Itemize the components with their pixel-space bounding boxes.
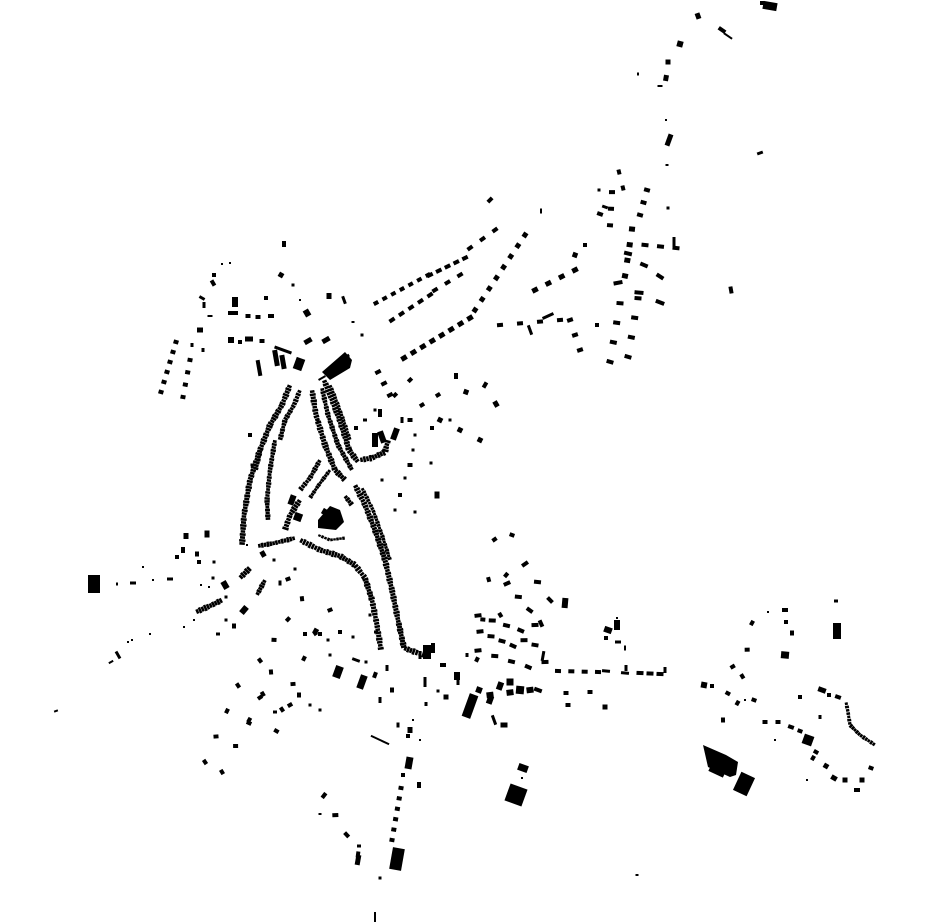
building-footprint bbox=[412, 449, 415, 452]
building-footprint-map bbox=[0, 0, 930, 924]
building-footprint bbox=[568, 669, 574, 673]
building-footprint bbox=[701, 682, 708, 689]
building-footprint bbox=[374, 912, 376, 922]
building-footprint bbox=[843, 778, 848, 783]
building-footprint bbox=[414, 434, 417, 437]
building-footprint bbox=[279, 581, 282, 586]
building-footprint bbox=[167, 578, 173, 581]
building-footprint bbox=[625, 665, 628, 671]
building-footprint bbox=[555, 669, 561, 673]
building-footprint bbox=[265, 514, 270, 517]
building-footprint bbox=[228, 311, 238, 315]
building-footprint bbox=[784, 620, 788, 624]
building-footprint bbox=[303, 632, 307, 636]
building-footprint bbox=[379, 877, 382, 880]
building-footprint bbox=[526, 687, 534, 694]
building-footprint bbox=[487, 634, 494, 639]
building-footprint bbox=[233, 744, 238, 748]
building-footprint bbox=[212, 273, 216, 277]
building-footprint bbox=[241, 530, 246, 533]
building-footprint bbox=[454, 373, 458, 379]
building-footprint bbox=[239, 539, 246, 542]
building-footprint bbox=[401, 773, 405, 777]
building-footprint bbox=[412, 719, 414, 721]
building-footprint bbox=[480, 617, 485, 621]
building-footprint bbox=[391, 827, 397, 832]
building-footprint bbox=[666, 60, 671, 65]
building-footprint bbox=[381, 479, 384, 482]
building-footprint bbox=[566, 703, 571, 707]
building-footprint bbox=[378, 409, 382, 417]
building-footprint bbox=[389, 838, 395, 843]
building-footprint bbox=[588, 690, 593, 694]
building-footprint bbox=[641, 243, 648, 248]
building-footprint bbox=[782, 608, 788, 612]
building-footprint bbox=[212, 577, 215, 580]
building-footprint bbox=[521, 777, 523, 779]
building-footprint bbox=[309, 704, 312, 707]
building-footprint bbox=[266, 482, 272, 485]
building-footprint bbox=[327, 293, 332, 299]
building-footprint bbox=[408, 463, 413, 467]
building-footprint bbox=[397, 723, 400, 728]
building-footprint bbox=[266, 488, 270, 491]
building-footprint bbox=[354, 426, 358, 430]
building-footprint bbox=[663, 75, 669, 82]
building-footprint bbox=[183, 626, 185, 628]
building-footprint bbox=[265, 509, 270, 512]
building-footprint bbox=[583, 243, 587, 247]
building-footprint bbox=[319, 813, 322, 815]
building-footprint bbox=[195, 552, 199, 557]
building-footprint bbox=[854, 788, 860, 792]
building-footprint bbox=[374, 631, 378, 634]
building-footprint bbox=[292, 284, 295, 287]
building-footprint bbox=[239, 542, 245, 545]
building-footprint bbox=[476, 629, 483, 634]
building-footprint bbox=[847, 715, 850, 718]
building-footprint bbox=[664, 667, 667, 673]
building-footprint bbox=[127, 641, 129, 643]
map-canvas bbox=[0, 0, 930, 924]
building-footprint bbox=[352, 636, 355, 639]
building-footprint bbox=[430, 462, 433, 465]
building-footprint bbox=[242, 515, 247, 518]
building-footprint bbox=[658, 85, 663, 87]
building-footprint bbox=[424, 677, 427, 687]
building-footprint bbox=[534, 580, 541, 585]
building-footprint bbox=[131, 639, 133, 641]
building-footprint bbox=[266, 485, 271, 488]
building-footprint bbox=[246, 314, 251, 318]
building-footprint bbox=[616, 301, 623, 306]
building-footprint bbox=[603, 705, 608, 710]
building-footprint bbox=[379, 697, 382, 703]
building-footprint bbox=[557, 318, 563, 322]
building-footprint bbox=[776, 720, 781, 724]
building-footprint bbox=[437, 690, 440, 693]
building-footprint bbox=[393, 817, 399, 822]
building-footprint bbox=[404, 477, 407, 480]
building-footprint bbox=[264, 500, 269, 503]
building-footprint bbox=[834, 600, 838, 603]
building-footprint bbox=[390, 688, 394, 693]
building-footprint bbox=[491, 654, 498, 658]
building-footprint bbox=[260, 339, 265, 343]
building-footprint bbox=[365, 661, 368, 664]
building-footprint bbox=[414, 511, 417, 514]
building-footprint bbox=[626, 242, 633, 248]
building-footprint bbox=[564, 691, 569, 695]
building-footprint bbox=[489, 618, 496, 622]
building-footprint bbox=[352, 321, 355, 323]
building-footprint bbox=[317, 419, 320, 422]
building-footprint bbox=[175, 555, 179, 559]
building-footprint bbox=[657, 244, 664, 249]
building-footprint bbox=[297, 693, 301, 698]
building-footprint bbox=[819, 715, 822, 719]
building-footprint bbox=[531, 623, 538, 627]
building-footprint bbox=[203, 302, 206, 308]
building-footprint bbox=[238, 340, 242, 344]
building-footprint bbox=[474, 613, 481, 618]
building-footprint bbox=[208, 315, 213, 317]
building-footprint bbox=[604, 636, 608, 640]
building-footprint bbox=[646, 671, 653, 675]
building-footprint bbox=[833, 623, 841, 639]
building-footprint bbox=[430, 426, 434, 430]
building-footprint bbox=[289, 704, 292, 707]
building-footprint bbox=[336, 537, 339, 540]
building-footprint bbox=[401, 417, 404, 423]
building-footprint bbox=[216, 633, 220, 636]
building-footprint bbox=[268, 314, 274, 318]
building-footprint bbox=[507, 679, 514, 686]
building-footprint bbox=[271, 638, 276, 642]
building-footprint bbox=[251, 464, 254, 467]
building-footprint bbox=[197, 328, 203, 333]
building-footprint bbox=[205, 531, 210, 538]
building-footprint bbox=[152, 579, 154, 581]
building-footprint bbox=[517, 321, 523, 325]
building-footprint bbox=[240, 533, 246, 536]
building-footprint bbox=[386, 665, 389, 671]
building-footprint bbox=[425, 702, 428, 706]
building-footprint bbox=[417, 782, 421, 788]
building-footprint bbox=[806, 779, 808, 781]
building-footprint bbox=[710, 684, 714, 688]
building-footprint bbox=[629, 226, 635, 232]
building-footprint bbox=[520, 638, 527, 642]
building-footprint bbox=[406, 734, 410, 738]
building-footprint bbox=[361, 334, 364, 337]
building-footprint bbox=[265, 494, 269, 497]
building-footprint bbox=[245, 337, 253, 342]
building-footprint bbox=[634, 296, 641, 301]
building-footprint bbox=[595, 670, 601, 674]
building-footprint bbox=[332, 813, 338, 817]
building-footprint bbox=[130, 582, 136, 585]
building-footprint bbox=[184, 533, 189, 539]
building-footprint bbox=[419, 739, 421, 741]
building-footprint bbox=[248, 433, 252, 437]
building-footprint bbox=[88, 575, 100, 593]
building-footprint bbox=[860, 778, 865, 783]
building-footprint bbox=[767, 611, 769, 613]
building-footprint bbox=[256, 315, 261, 319]
building-footprint bbox=[273, 711, 277, 714]
building-footprint bbox=[760, 1, 764, 5]
building-footprint bbox=[444, 695, 449, 700]
building-footprint bbox=[666, 164, 669, 166]
building-footprint bbox=[265, 506, 269, 509]
building-footprint bbox=[266, 511, 270, 514]
building-footprint bbox=[213, 734, 218, 738]
building-footprint bbox=[634, 290, 643, 295]
building-footprint bbox=[200, 584, 202, 586]
building-footprint bbox=[264, 296, 268, 300]
building-footprint bbox=[665, 119, 667, 121]
building-footprint bbox=[408, 727, 413, 733]
building-footprint bbox=[423, 645, 431, 659]
building-footprint bbox=[595, 323, 599, 327]
building-footprint bbox=[537, 319, 543, 323]
building-footprint bbox=[142, 566, 144, 568]
building-footprint bbox=[330, 538, 333, 541]
building-footprint bbox=[624, 646, 626, 651]
building-footprint bbox=[240, 527, 246, 530]
building-footprint bbox=[598, 189, 601, 192]
building-footprint bbox=[374, 409, 377, 412]
building-footprint bbox=[790, 631, 794, 636]
building-footprint bbox=[516, 686, 525, 695]
building-footprint bbox=[398, 786, 404, 791]
building-footprint bbox=[457, 675, 460, 685]
building-footprint bbox=[562, 598, 569, 608]
building-footprint bbox=[269, 669, 273, 674]
building-footprint bbox=[232, 297, 238, 307]
building-footprint bbox=[208, 586, 210, 588]
building-footprint bbox=[232, 624, 236, 629]
building-footprint bbox=[656, 672, 663, 676]
building-footprint bbox=[396, 796, 402, 801]
building-footprint bbox=[398, 493, 402, 497]
building-footprint bbox=[609, 190, 615, 194]
building-footprint bbox=[501, 723, 508, 728]
building-footprint bbox=[319, 709, 322, 712]
building-footprint bbox=[624, 257, 631, 263]
building-footprint bbox=[408, 418, 413, 422]
building-footprint bbox=[225, 596, 228, 599]
building-footprint bbox=[228, 337, 234, 343]
building-footprint bbox=[240, 524, 247, 527]
building-footprint bbox=[357, 845, 361, 848]
building-footprint bbox=[240, 536, 245, 539]
building-footprint bbox=[721, 717, 725, 722]
building-footprint bbox=[745, 648, 750, 652]
building-footprint bbox=[290, 682, 295, 686]
building-footprint bbox=[264, 497, 270, 500]
building-footprint bbox=[342, 536, 345, 540]
building-footprint bbox=[419, 651, 422, 659]
building-footprint bbox=[616, 617, 618, 619]
building-footprint bbox=[241, 521, 246, 524]
building-footprint bbox=[197, 560, 201, 564]
building-footprint bbox=[116, 583, 118, 586]
building-footprint bbox=[636, 671, 643, 675]
building-footprint bbox=[267, 470, 272, 473]
building-footprint bbox=[327, 639, 330, 642]
map-background bbox=[0, 0, 930, 924]
building-footprint bbox=[225, 619, 228, 622]
building-footprint bbox=[506, 689, 514, 696]
building-footprint bbox=[474, 648, 481, 653]
building-footprint bbox=[338, 630, 342, 634]
building-footprint bbox=[300, 596, 305, 601]
building-footprint bbox=[614, 620, 620, 630]
building-footprint bbox=[339, 537, 342, 540]
building-footprint bbox=[449, 419, 452, 422]
building-footprint bbox=[497, 323, 503, 327]
building-footprint bbox=[615, 641, 621, 644]
building-footprint bbox=[213, 561, 216, 564]
building-footprint bbox=[466, 653, 469, 657]
building-footprint bbox=[582, 670, 588, 674]
building-footprint bbox=[282, 241, 286, 247]
building-footprint bbox=[273, 559, 276, 562]
building-footprint bbox=[372, 433, 378, 447]
building-footprint bbox=[673, 237, 676, 247]
building-footprint bbox=[191, 343, 194, 347]
building-footprint bbox=[774, 739, 776, 741]
building-footprint bbox=[763, 720, 768, 724]
building-footprint bbox=[329, 654, 332, 657]
building-footprint bbox=[267, 476, 272, 479]
building-footprint bbox=[193, 619, 195, 621]
building-footprint bbox=[265, 503, 270, 506]
building-footprint bbox=[265, 491, 270, 494]
building-footprint bbox=[636, 874, 639, 876]
building-footprint bbox=[540, 209, 542, 214]
building-footprint bbox=[607, 223, 613, 227]
building-footprint bbox=[268, 473, 272, 476]
building-footprint bbox=[395, 806, 401, 811]
building-footprint bbox=[246, 544, 248, 546]
building-footprint bbox=[667, 207, 670, 210]
building-footprint bbox=[744, 699, 746, 701]
building-footprint bbox=[608, 207, 614, 211]
building-footprint bbox=[299, 299, 301, 301]
building-footprint bbox=[781, 651, 790, 659]
building-footprint bbox=[267, 479, 271, 482]
building-footprint bbox=[221, 263, 223, 265]
building-footprint bbox=[181, 547, 185, 553]
building-footprint bbox=[149, 633, 151, 635]
building-footprint bbox=[440, 663, 446, 667]
building-footprint bbox=[431, 643, 435, 653]
building-footprint bbox=[369, 614, 372, 617]
building-footprint bbox=[241, 518, 247, 521]
building-footprint bbox=[363, 419, 367, 422]
building-footprint bbox=[827, 693, 831, 697]
building-footprint bbox=[266, 517, 271, 520]
building-footprint bbox=[637, 73, 639, 76]
building-footprint bbox=[318, 632, 322, 636]
building-footprint bbox=[229, 262, 231, 264]
building-footprint bbox=[394, 509, 397, 512]
building-footprint bbox=[435, 492, 440, 499]
building-footprint bbox=[202, 348, 205, 352]
building-footprint bbox=[515, 594, 522, 599]
building-footprint bbox=[798, 695, 802, 699]
building-footprint bbox=[294, 568, 297, 571]
building-footprint bbox=[333, 538, 336, 541]
